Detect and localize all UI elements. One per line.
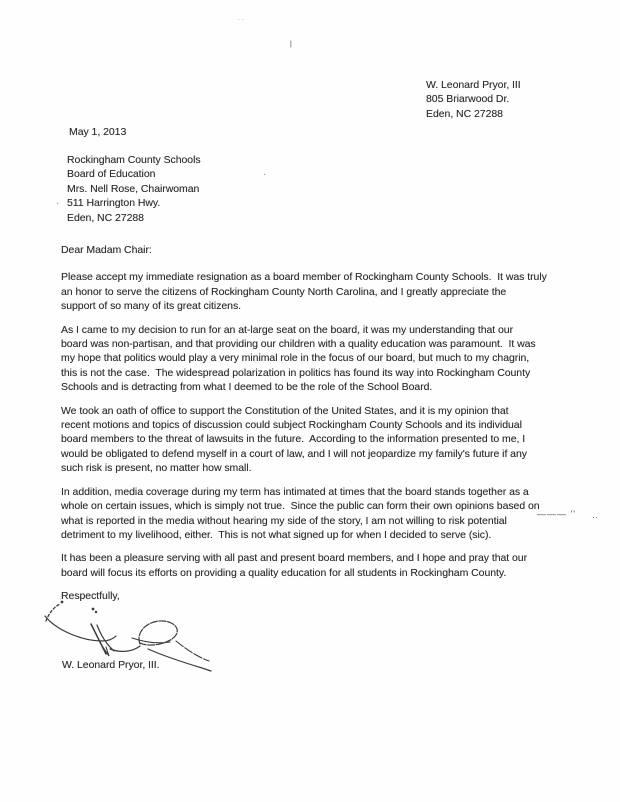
scan-artifact-tick: | [290, 38, 292, 52]
signature-typed-name: W. Leonard Pryor, III. [62, 658, 160, 672]
recipient-city: Eden, NC 27288 [67, 211, 201, 225]
scan-artifact-dots: ·· [592, 510, 598, 524]
recipient-organization: Rockingham County Schools [67, 153, 201, 167]
sender-city: Eden, NC 27288 [426, 107, 521, 121]
body-paragraph-5: It has been a pleasure serving with all … [61, 551, 613, 580]
body-paragraph-3: We took an oath of office to support the… [61, 404, 613, 476]
letter-body: Dear Madam Chair: Please accept my immed… [61, 243, 613, 604]
body-paragraph-2: As I came to my decision to run for an a… [61, 323, 613, 395]
body-paragraph-1: Please accept my immediate resignation a… [61, 270, 613, 313]
recipient-department: Board of Education [67, 167, 201, 181]
letter-date: May 1, 2013 [69, 125, 126, 139]
sender-street: 805 Briarwood Dr. [426, 92, 521, 106]
recipient-attention: Mrs. Nell Rose, Chairwoman [67, 182, 201, 196]
scan-artifact-spot: ·· [237, 12, 245, 26]
scan-artifact-spot: · [263, 168, 266, 182]
scanned-letter-page: W. Leonard Pryor, III 805 Briarwood Dr. … [0, 0, 620, 802]
scan-artifact-dashes: ——— '' [537, 507, 576, 521]
salutation: Dear Madam Chair: [61, 243, 613, 257]
scan-artifact-spot: · [56, 197, 59, 211]
recipient-street: 511 Harrington Hwy. [67, 196, 201, 210]
sender-name: W. Leonard Pryor, III [426, 78, 521, 92]
recipient-address-block: Rockingham County Schools Board of Educa… [67, 153, 201, 225]
sender-address-block: W. Leonard Pryor, III 805 Briarwood Dr. … [426, 78, 521, 121]
body-paragraph-4: In addition, media coverage during my te… [61, 485, 613, 543]
